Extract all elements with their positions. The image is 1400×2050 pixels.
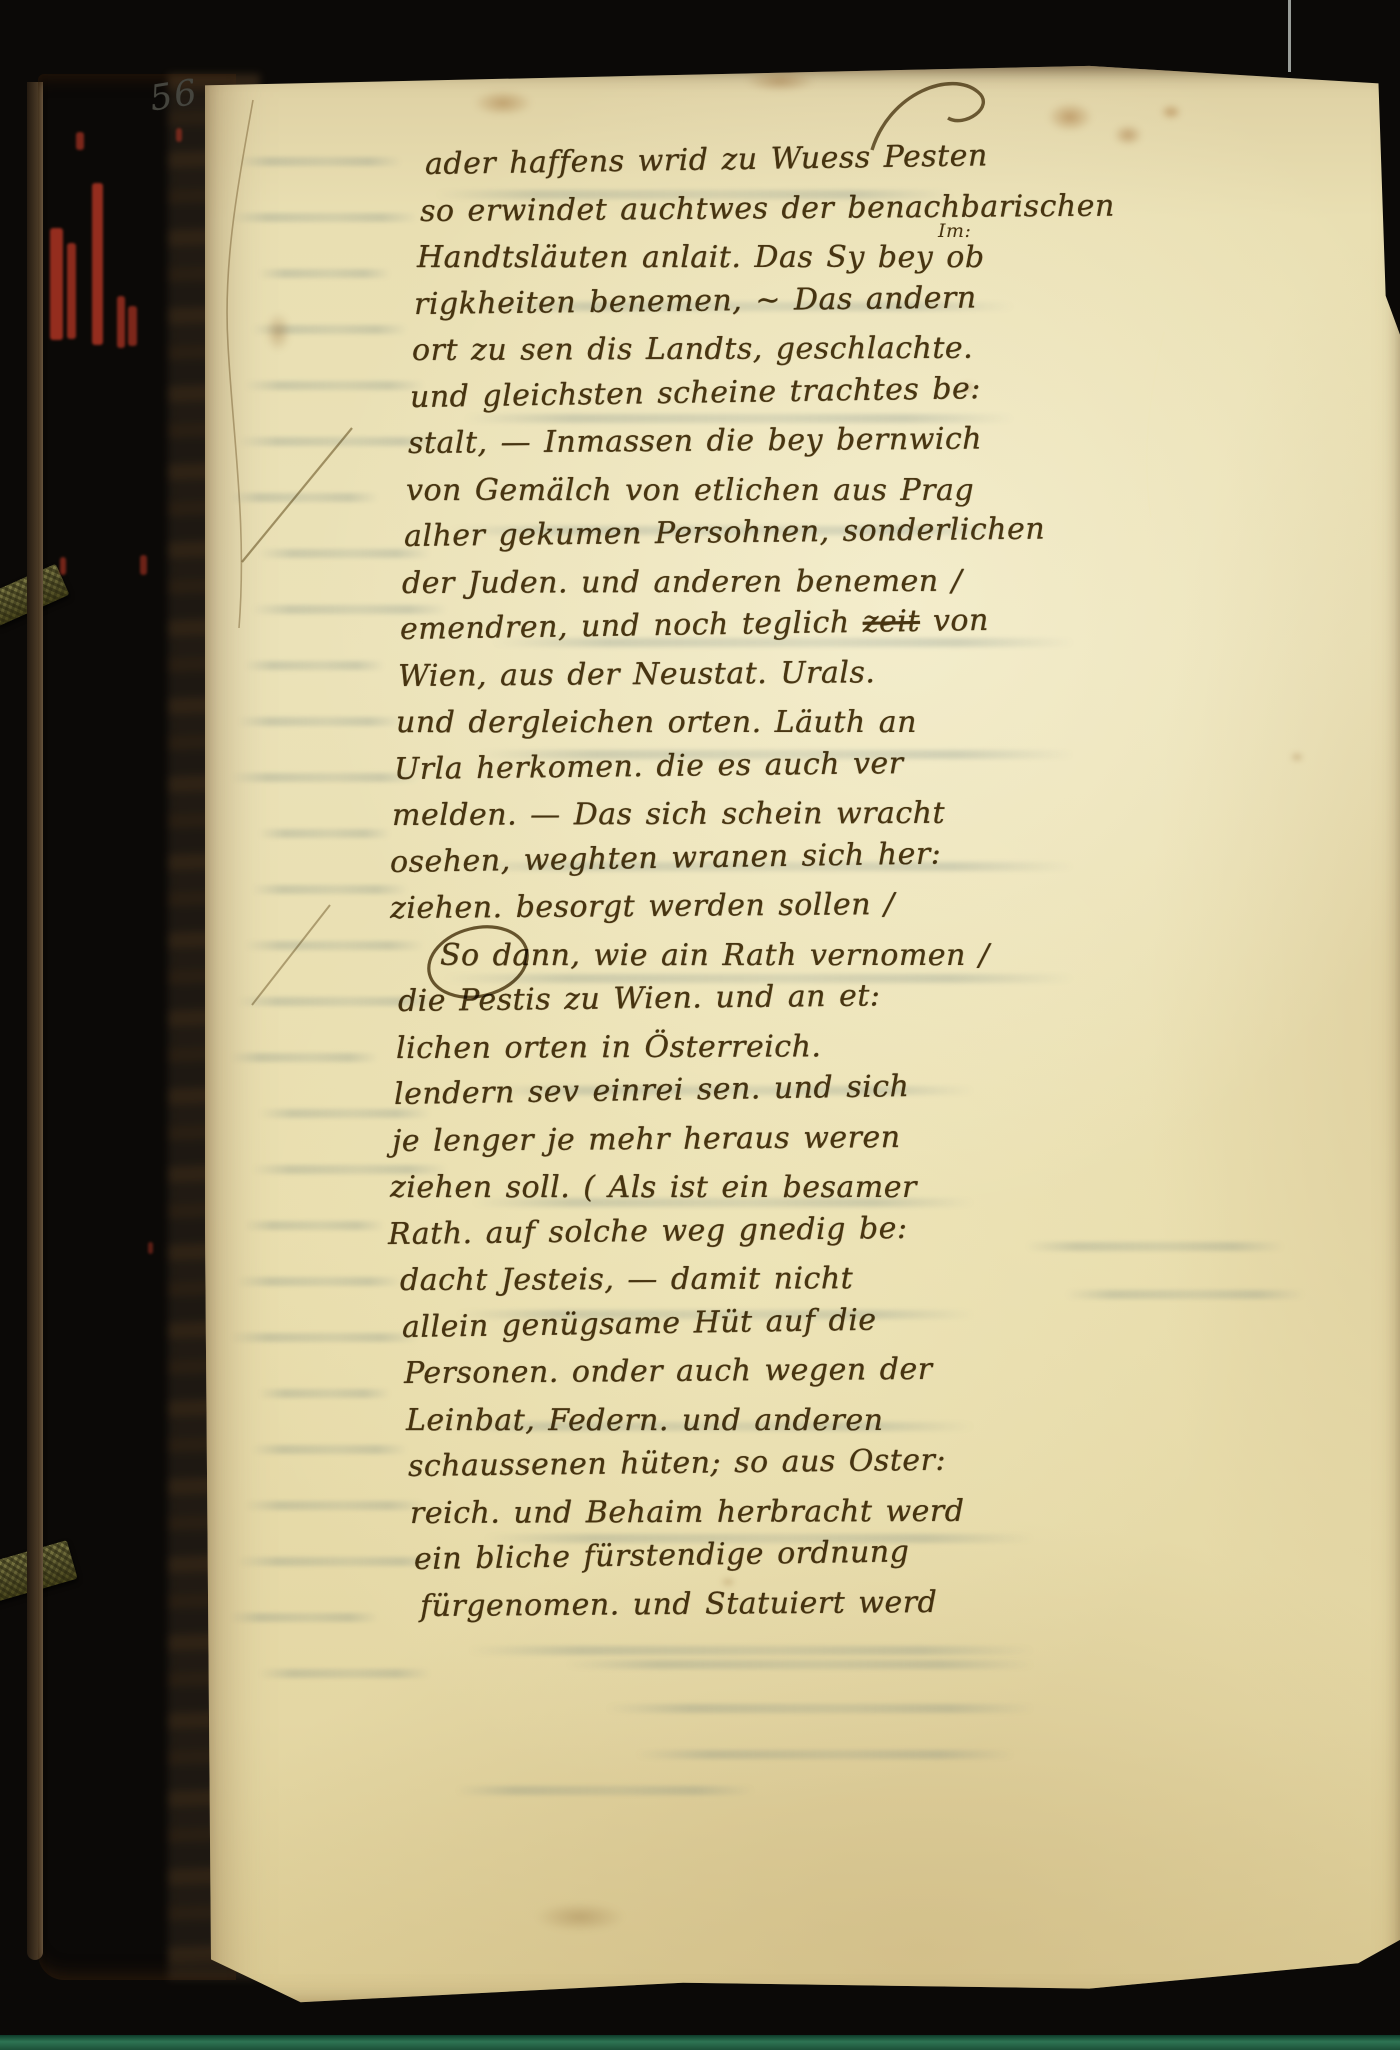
- manuscript-line: alher gekumen Persohnen, sonderlichen: [404, 515, 1045, 552]
- manuscript-line: fürgenomen. und Statuiert werd: [420, 1588, 937, 1622]
- manuscript-line: ziehen soll. ( Als ist ein besamer: [390, 1173, 917, 1203]
- manuscript-line: die Pestis zu Wien. und an et:: [398, 981, 881, 1017]
- manuscript-line: stalt, — Inmassen die bey bernwich: [408, 424, 982, 459]
- manuscript-line: ort zu sen dis Landts, geschlachte.: [412, 334, 973, 366]
- struck-word: zeit: [862, 604, 920, 640]
- manuscript-line: reich. und Behaim herbracht werd: [410, 1497, 965, 1529]
- manuscript-line: rigkheiten benemen, ~ Das andern: [414, 283, 977, 320]
- manuscript-line: je lenger je mehr heraus weren: [392, 1123, 901, 1157]
- manuscript-line: lendern sev einrei sen. und sich: [394, 1072, 910, 1110]
- manuscript-line: von Gemälch von etlichen aus Prag: [406, 476, 974, 506]
- manuscript-line: Personen. onder auch wegen der: [404, 1355, 933, 1389]
- manuscript-line: der Juden. und anderen benemen /: [402, 567, 962, 599]
- manuscript-line: ein bliche fürstendige ordnung: [414, 1537, 910, 1575]
- manuscript-text-block: ader haffens wrid zu Wuess Pestenso erwi…: [0, 0, 1400, 2050]
- interlinear-insertion: Im:: [938, 220, 971, 242]
- manuscript-line: ader haffens wrid zu Wuess Pesten: [425, 141, 988, 180]
- manuscript-line: So dann, wie ain Rath vernomen /: [440, 941, 990, 971]
- manuscript-line: Urla herkomen. die es auch ver: [394, 749, 904, 785]
- manuscript-line: Leinbat, Federn. und anderen: [406, 1406, 883, 1436]
- manuscript-line: melden. — Das sich schein wracht: [392, 799, 945, 831]
- manuscript-line: Handtsläuten anlait. Das Sy bey ob: [417, 243, 985, 273]
- manuscript-line: ziehen. besorgt werden sollen /: [390, 890, 895, 924]
- manuscript-line: Rath. auf solche weg gnedig be:: [388, 1214, 908, 1250]
- manuscript-line: so erwindet auchtwes der benachbarischen: [420, 192, 1115, 227]
- manuscript-line: dacht Jesteis, — damit nicht: [400, 1264, 853, 1296]
- manuscript-line: lichen orten in Österreich.: [396, 1032, 822, 1064]
- manuscript-line: und dergleichen orten. Läuth an: [396, 708, 917, 738]
- manuscript-book-photo: 56 ader haffens wrid zu Wuess Pestenso e…: [0, 0, 1400, 2050]
- manuscript-line: und gleichsten scheine trachtes be:: [410, 374, 981, 413]
- manuscript-line: emendren, und noch teglich zeit von: [400, 606, 989, 645]
- manuscript-line: schaussenen hüten; so aus Oster:: [408, 1446, 946, 1482]
- manuscript-line: allein genügsame Hüt auf die: [402, 1306, 877, 1343]
- manuscript-line: osehen, weghten wranen sich her:: [390, 839, 942, 878]
- manuscript-line: Wien, aus der Neustat. Urals.: [398, 658, 876, 692]
